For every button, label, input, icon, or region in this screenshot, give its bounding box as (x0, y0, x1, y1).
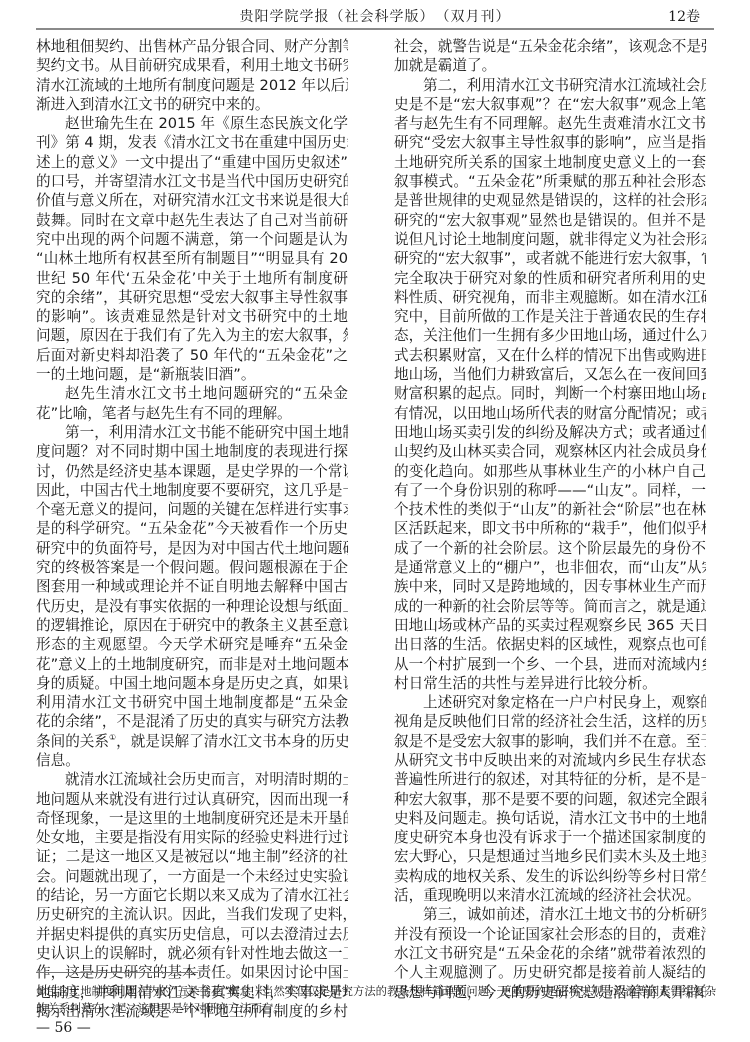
footnote-rule (36, 972, 198, 973)
text-line: 成的一种新的社会阶层等等。简而言之，就是通过 (394, 597, 706, 616)
text-line: 林地租佃契约、出售林产品分银合同、财产分割等 (36, 37, 348, 56)
text-line: 会。问题就出现了，一方面是一个未经过史实验证 (36, 867, 348, 886)
text-line: 问题，原因在于我们有了先入为主的宏大叙事，然 (36, 326, 348, 345)
text-line: 赵世瑜先生在 2015 年《原生态民族文化学 (36, 114, 348, 133)
text-line: “山林土地所有权甚至所有制题目”“明显具有 20 (36, 249, 348, 268)
text-line: 讨，仍然是经济史基本课题，是史学界的一个常识， (36, 462, 348, 481)
text-line: 族中来，同时又是跨地域的，因专事林业生产而形 (394, 577, 706, 596)
text-line: 的关系纠葛在一起，这里只是针对研究方法而言。 (36, 1000, 716, 1017)
text-line: 究中，目前所做的工作是关注于普通农民的生存状 (394, 307, 706, 326)
text-line: 是普世规律的史观显然是错误的，这样的社会形态 (394, 191, 706, 210)
text-line: 契约文书。从目前研究成果看，利用土地文书研究 (36, 56, 348, 75)
text-line: 个人主观臆测了。历史研究都是接着前人凝结的 (394, 963, 706, 982)
page-number: — 56 — (36, 1020, 91, 1036)
text-line: 成了一个新的社会阶层。这个阶层最先的身份不 (394, 539, 706, 558)
text-line: 田地山场或林产品的买卖过程观察乡民 365 天日 (394, 616, 706, 635)
text-line: 的口号，并寄望清水江文书是当代中国历史研究的 (36, 172, 348, 191)
text-line: 视角是反映他们日常的经济社会生活，这样的历史 (394, 712, 706, 731)
text-line: 是通常意义上的“棚户”，也非佃农，而“山友”从宗 (394, 558, 706, 577)
text-line: 因此，中国古代土地制度要不要研究，这几乎是一 (36, 481, 348, 500)
text-line: 个毫无意义的提问，问题的关键在怎样进行实事求 (36, 500, 348, 519)
text-line: 清水江流域的土地所有制度问题是 2012 年以后逐 (36, 76, 348, 95)
text-line: 社会，就警告说是“五朵金花余绪”，该观念不是强 (394, 37, 706, 56)
text-line: 研究中的负面符号，是因为对中国古代土地问题研 (36, 539, 348, 558)
text-line: 鼓舞。同时在文章中赵先生表达了自己对当前研 (36, 211, 348, 230)
text-line: ①包含土地制度问题在内的“五朵金花”概念，当然不仅仅是研究方法的教条这样简单的问… (36, 983, 716, 1000)
text-line: 后面对新史料却沿袭了 50 年代的“五朵金花”之 (36, 346, 348, 365)
text-line: 代历史，是没有事实依据的一种理论设想与纸面上 (36, 597, 348, 616)
text-line: 者与赵先生有不同理解。赵先生责难清水江文书 (394, 114, 706, 133)
text-line: 区活跃起来，即文书中所称的“栽手”，他们似乎构 (394, 519, 706, 538)
text-line: 第二，利用清水江文书研究清水江流域社会历 (394, 76, 706, 95)
text-line: 山契约及山林买卖合同，观察林区内社会成员身份 (394, 442, 706, 461)
text-line: 加就是霸道了。 (394, 56, 706, 75)
text-line: 的逻辑推论，原因在于研究中的教条主义甚至意识 (36, 616, 348, 635)
text-line: 宏大野心，只是想通过当地乡民们卖木头及土地买 (394, 847, 706, 866)
text-line: 的结论，另一方面它长期以来又成为了清水江社会 (36, 886, 348, 905)
text-line: 的影响”。该责难显然是针对文书研究中的土地 (36, 307, 348, 326)
text-line: 土地研究所关系的国家土地制度史意义上的一套 (394, 153, 706, 172)
text-line: 种宏大叙事，那不是要不要的问题，叙述完全跟着 (394, 790, 706, 809)
text-line: 究的余绪”，其研究思想“受宏大叙事主导性叙事 (36, 288, 348, 307)
text-line: 叙是不是受宏大叙事的影响，我们并不在意。至于 (394, 732, 706, 751)
text-line: 活，重现晚明以来清水江流域的经济社会状况。 (394, 886, 706, 905)
header-rule (36, 28, 714, 30)
text-line: 的变化趋向。如那些从事林业生产的小林户自己 (394, 462, 706, 481)
text-line: 一的土地问题，是“新瓶装旧酒”。 (36, 365, 348, 384)
text-line: 上述研究对象定格在一户户村民身上，观察的 (394, 693, 706, 712)
text-line: 第一，利用清水江文书能不能研究中国土地制 (36, 423, 348, 442)
text-line: 究的终极答案是一个假问题。假问题根源在于企 (36, 558, 348, 577)
text-line: 证；二是这一地区又是被冠以“地主制”经济的社 (36, 847, 348, 866)
text-line: 究中出现的两个问题不满意，第一个问题是认为 (36, 230, 348, 249)
text-line: 研究的“宏大叙事”，或者就不能进行宏大叙事，它 (394, 249, 706, 268)
text-line: 式去积累财富，又在什么样的情况下出售或购进田 (394, 346, 706, 365)
text-line: 花”意义上的土地制度研究，而非是对土地问题本 (36, 655, 348, 674)
text-line: 态，关注他们一生拥有多少田地山场，通过什么方 (394, 326, 706, 345)
text-line: 料性质、研究视角，而非主观臆断。如在清水江研 (394, 288, 706, 307)
text-line: 图套用一种域或理论并不证自明地去解释中国古 (36, 577, 348, 596)
text-line: 地问题从来就没有进行过认真研究，因而出现一种 (36, 790, 348, 809)
text-line: 出日落的生活。依据史料的区域性，观察点也可能 (394, 635, 706, 654)
text-line: 奇怪现象，一是这里的土地制度研究还是未开垦的 (36, 809, 348, 828)
text-line: 史料及问题走。换句话说，清水江文书中的土地制 (394, 809, 706, 828)
text-line: 刊》第 4 期，发表《清水江文书在重建中国历史叙 (36, 133, 348, 152)
running-header: 贵阳学院学报（社会科学版） （双月刊） 12卷 (36, 0, 714, 32)
text-line: 财富积累的起点。同时，判断一个村寨田地山场占 (394, 384, 706, 403)
text-line: 完全取决于研究对象的性质和研究者所利用的史 (394, 269, 706, 288)
right-column: 社会，就警告说是“五朵金花余绪”，该观念不是强加就是霸道了。第二，利用清水江文书… (394, 37, 706, 1002)
text-line: 度史研究本身也没有诉求于一个描述国家制度的 (394, 828, 706, 847)
text-line: 渐进入到清水江文书的研究中来的。 (36, 95, 348, 114)
text-line: 处女地，主要是指没有用实际的经验史料进行过论 (36, 828, 348, 847)
text-line: 田地山场买卖引发的纠纷及解决方式；或者通过佃 (394, 423, 706, 442)
footnote-ref[interactable]: ① (109, 733, 116, 742)
text-line: 价值与意义所在，对研究清水江文书来说是很大的 (36, 191, 348, 210)
text-line: 条间的关系①，就是误解了清水江文书本身的历史 (36, 732, 348, 751)
text-line: 说但凡讨论土地制度问题，就非得定义为社会形态 (394, 230, 706, 249)
text-line: 世纪 50 年代‘五朵金花’中关于土地所有制度研 (36, 269, 348, 288)
text-line: 并据史料提供的真实历史信息，可以去澄清过去历 (36, 925, 348, 944)
text-line: 村日常生活的共性与差异进行比较分析。 (394, 674, 706, 693)
text-line: 度问题？对不同时期中国土地制度的表现进行探 (36, 442, 348, 461)
text-line: 卖构成的地权关系、发生的诉讼纠纷等乡村日常生 (394, 867, 706, 886)
text-line: 花的余绪”，不是混淆了历史的真实与研究方法教 (36, 712, 348, 731)
text-line: 就清水江流域社会历史而言，对明清时期的土 (36, 770, 348, 789)
text-line: 花”比喻，笔者与赵先生有不同的理解。 (36, 404, 348, 423)
text-line: 水江文书研究是“五朵金花的余绪”就带着浓烈的 (394, 944, 706, 963)
text-line: 身的质疑。中国土地问题本身是历史之真，如果说 (36, 674, 348, 693)
left-column: 林地租佃契约、出售林产品分银合同、财产分割等契约文书。从目前研究成果看，利用土地… (36, 37, 348, 1021)
text-line: 有情况，以田地山场所代表的财富分配情况；或者 (394, 404, 706, 423)
text-line: 信息。 (36, 751, 348, 770)
footnote: ①包含土地制度问题在内的“五朵金花”概念，当然不仅仅是研究方法的教条这样简单的问… (36, 983, 716, 1017)
text-line: 研究的“宏大叙事观”显然也是错误的。但并不是 (394, 211, 706, 230)
text-line: 第三，诚如前述，清水江土地文书的分析研究 (394, 905, 706, 924)
text-line: 历史研究的主流认识。因此，当我们发现了史料， (36, 905, 348, 924)
text-line: 从一个村扩展到一个乡、一个县，进而对流域内乡 (394, 655, 706, 674)
text-line: 形态的主观愿望。今天学术研究是唾弃“五朵金 (36, 635, 348, 654)
text-line: 利用清水江文书研究中国土地制度都是“五朵金 (36, 693, 348, 712)
journal-title: 贵阳学院学报（社会科学版） （双月刊） (36, 6, 714, 26)
text-line: 研究“受宏大叙事主导性叙事的影响”，应当是指 (394, 133, 706, 152)
text-line: 叙事模式。“五朵金花”所秉赋的那五种社会形态 (394, 172, 706, 191)
text-line: 有了一个身份识别的称呼——“山友”。同样，一 (394, 481, 706, 500)
text-line: 史是不是“宏大叙事观”？在“宏大叙事”观念上笔 (394, 95, 706, 114)
text-line: 个技术性的类似于“山友”的新社会“阶层”也在林 (394, 500, 706, 519)
text-line: 地山场，当他们力耕致富后，又怎么在一夜间回到 (394, 365, 706, 384)
volume-label: 12卷 (668, 6, 700, 26)
text-line: 并没有预设一个论证国家社会形态的目的，责难清 (394, 925, 706, 944)
text-line: 普遍性所进行的叙述，对其特征的分析，是不是一 (394, 770, 706, 789)
text-line: 是的科学研究。“五朵金花”今天被看作一个历史 (36, 519, 348, 538)
text-line: 从研究文书中反映出来的对流域内乡民生存状态 (394, 751, 706, 770)
text-line: 述上的意义》一文中提出了“重建中国历史叙述” (36, 153, 348, 172)
text-line: 赵先生清水江文书土地问题研究的“五朵金 (36, 384, 348, 403)
text-line: 史认识上的误解时，就必须有针对性地去做这一工 (36, 944, 348, 963)
